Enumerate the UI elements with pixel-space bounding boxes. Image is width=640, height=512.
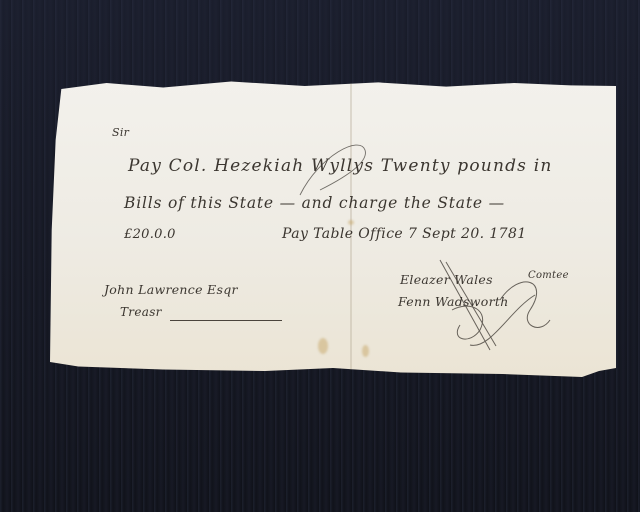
historical-document-paper: Sir Pay Col. Hezekiah Wyllys Twenty poun… <box>50 80 616 380</box>
addressee-title: Treasr <box>120 305 162 319</box>
addressee-name: John Lawrence Esqr <box>104 282 238 297</box>
foxing-stain <box>318 338 328 354</box>
salutation-text: Sir <box>112 126 129 139</box>
amount-text: £20.0.0 <box>124 227 176 242</box>
signature-flourish-icon <box>430 250 560 360</box>
foxing-stain <box>362 345 369 357</box>
foxing-stain <box>348 220 354 225</box>
underline-rule <box>170 320 282 321</box>
office-date-text: Pay Table Office 7 Sept 20. 1781 <box>282 226 527 242</box>
pay-line-flourish-icon <box>290 135 380 205</box>
